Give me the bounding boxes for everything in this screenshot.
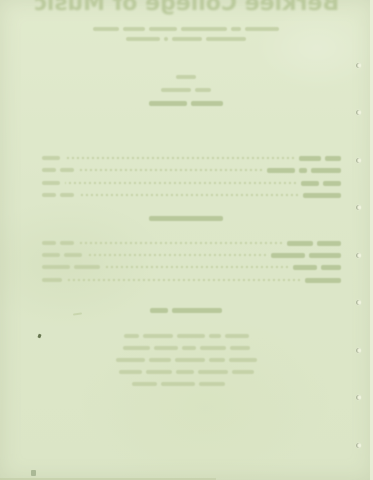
text-blob (60, 193, 74, 197)
text-blob (42, 181, 60, 185)
text-blob (323, 181, 341, 186)
text-blob (150, 101, 188, 106)
text-blob (74, 265, 100, 269)
program-row (42, 167, 341, 173)
text-blob (305, 278, 341, 283)
row-performer-blobs (42, 193, 74, 197)
paragraph-line (0, 381, 365, 387)
text-blob (123, 346, 150, 350)
punch-hole (356, 443, 361, 448)
text-blob (162, 88, 192, 92)
text-blob (42, 193, 56, 197)
program-row (42, 252, 341, 258)
paragraph-line (0, 333, 373, 339)
row-title-blobs (299, 156, 341, 161)
masthead-title: Berklee College of Music (0, 0, 373, 16)
paragraph-line (0, 357, 373, 363)
row-performer-blobs (42, 278, 62, 282)
program-row (42, 155, 341, 161)
row-performer-blobs (42, 181, 60, 185)
text-blob (232, 27, 242, 31)
row-performer-blobs (42, 168, 74, 172)
text-blob (119, 370, 142, 374)
text-blob (200, 346, 226, 350)
punch-hole (356, 300, 361, 305)
punch-hole (356, 158, 361, 163)
program-row (42, 240, 341, 246)
text-blob (199, 382, 225, 386)
row-title-blobs (267, 168, 341, 173)
text-blob (182, 27, 228, 31)
punch-hole (356, 110, 361, 115)
text-blob (149, 358, 171, 362)
row-performer-blobs (42, 253, 82, 257)
dot-leader (105, 265, 288, 269)
row-title-blobs (305, 278, 341, 283)
program-header-line (0, 26, 373, 32)
event-title-line (0, 74, 373, 80)
text-blob (173, 308, 223, 313)
text-blob (143, 334, 173, 338)
text-blob (321, 265, 341, 270)
text-blob (192, 101, 224, 106)
punch-hole (356, 348, 361, 353)
event-title-line (0, 100, 373, 106)
text-blob (60, 241, 74, 245)
text-blob (232, 370, 254, 374)
text-blob (42, 156, 60, 160)
text-blob (230, 346, 250, 350)
text-blob (42, 265, 70, 269)
text-blob (225, 334, 249, 338)
paper-speck (31, 470, 36, 476)
dot-leader (87, 253, 266, 257)
text-blob (229, 358, 257, 362)
text-blob (196, 88, 212, 92)
scanned-page: Berklee College of Music (0, 0, 373, 480)
text-blob (301, 181, 319, 186)
text-blob (182, 346, 196, 350)
text-blob (176, 370, 194, 374)
text-blob (325, 156, 341, 161)
text-blob (209, 334, 221, 338)
text-blob (177, 334, 205, 338)
text-blob (177, 75, 197, 79)
text-blob (246, 27, 280, 31)
row-title-blobs (287, 241, 341, 246)
text-blob (151, 308, 169, 313)
text-blob (150, 216, 224, 221)
text-blob (293, 265, 317, 270)
punch-hole (356, 205, 361, 210)
punch-hole (356, 253, 361, 258)
text-blob (175, 358, 205, 362)
text-blob (161, 382, 195, 386)
text-blob (42, 278, 62, 282)
text-blob (207, 37, 247, 41)
event-title-line (0, 87, 373, 93)
text-blob (267, 168, 295, 173)
section-heading (0, 307, 373, 313)
text-blob (271, 253, 305, 258)
text-blob (299, 156, 321, 161)
dot-leader (79, 193, 298, 197)
dot-leader (65, 181, 296, 185)
text-blob (287, 241, 313, 246)
text-blob (309, 253, 341, 258)
program-header-line (0, 36, 373, 42)
dot-leader (65, 156, 294, 160)
text-blob (116, 358, 145, 362)
text-blob (154, 346, 178, 350)
row-title-blobs (293, 265, 341, 270)
dot-leader (79, 168, 262, 172)
text-blob (42, 241, 56, 245)
paragraph-line (0, 345, 373, 351)
program-row (42, 277, 341, 283)
text-blob (64, 253, 82, 257)
text-blob (42, 253, 60, 257)
row-performer-blobs (42, 156, 60, 160)
row-performer-blobs (42, 265, 100, 269)
row-title-blobs (271, 253, 341, 258)
text-blob (303, 193, 341, 198)
program-row (42, 192, 341, 198)
row-performer-blobs (42, 241, 74, 245)
text-blob (311, 168, 341, 173)
text-blob (150, 27, 178, 31)
text-blob (173, 37, 203, 41)
section-heading (0, 215, 373, 221)
text-blob (198, 370, 228, 374)
row-title-blobs (301, 181, 341, 186)
program-row (42, 180, 341, 186)
text-blob (124, 27, 146, 31)
punch-hole (356, 63, 361, 68)
text-blob (132, 382, 157, 386)
text-blob (60, 168, 74, 172)
dot-leader (67, 278, 300, 282)
row-title-blobs (303, 193, 341, 198)
text-blob (209, 358, 225, 362)
text-blob (165, 37, 169, 41)
program-row (42, 264, 341, 270)
bleed-through-layer: Berklee College of Music (0, 0, 373, 480)
text-blob (146, 370, 172, 374)
paragraph-line (0, 369, 373, 375)
text-blob (127, 37, 161, 41)
text-blob (124, 334, 139, 338)
dot-leader (79, 241, 282, 245)
text-blob (94, 27, 120, 31)
punch-hole (356, 395, 361, 400)
text-blob (299, 168, 307, 173)
text-blob (317, 241, 341, 246)
text-blob (42, 168, 56, 172)
